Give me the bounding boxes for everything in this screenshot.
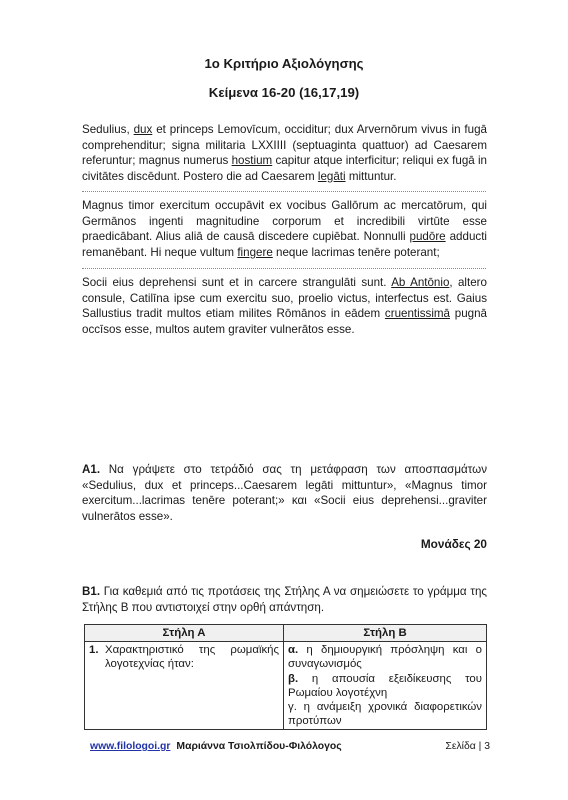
column-a-header: Στήλη Α <box>85 625 284 642</box>
page-number: Σελίδα | 3 <box>445 741 490 752</box>
statement-text: Χαρακτηριστικό της ρωμαϊκής λογοτεχνίας … <box>105 643 279 671</box>
latin-passage-2: Magnus timor exercitum occupāvit ex voci… <box>82 198 487 260</box>
column-a-cell: 1. Χαρακτηριστικό της ρωμαϊκής λογοτεχνί… <box>85 642 284 730</box>
statement-number: 1. <box>89 643 105 671</box>
question-a1-label: A1. <box>82 463 100 476</box>
author-name: Μαριάννα Τσιολπίδου-Φιλόλογος <box>176 741 341 752</box>
passage-text: neque lacrimas tenēre poterant; <box>273 246 440 259</box>
column-b-cell: α. η δημιουργική πρόσληψη και ο συναγωνι… <box>284 642 487 730</box>
underlined-term: fingere <box>237 246 272 259</box>
table-row: 1. Χαρακτηριστικό της ρωμαϊκής λογοτεχνί… <box>85 642 487 730</box>
latin-passage-1: Sedulius, dux et princeps Lemovīcum, occ… <box>82 122 487 184</box>
passage-text: mittuntur. <box>346 170 397 183</box>
question-a1: A1. Να γράψετε στο τετράδιό σας τη μετάφ… <box>82 462 487 524</box>
dotted-separator <box>82 268 486 269</box>
underlined-term: hostium <box>232 154 273 167</box>
option-beta: β. η απουσία εξειδίκευσης του Ρωμαίου λο… <box>288 672 482 700</box>
question-b1-label: B1. <box>82 585 100 598</box>
document-page: 1ο Κριτήριο Αξιολόγησης Κείμενα 16-20 (1… <box>0 0 568 800</box>
underlined-term: dux <box>134 123 153 136</box>
website-link[interactable]: www.filologoi.gr <box>90 741 170 752</box>
question-b1-text: Για καθεμιά από τις προτάσεις της Στήλης… <box>82 585 487 614</box>
underlined-term: cruentissimā <box>385 307 450 320</box>
underlined-term: Ab Antōnio <box>391 276 449 289</box>
underlined-term: pudōre <box>410 230 446 243</box>
passage-text: Sedulius, <box>82 123 134 136</box>
matching-table: Στήλη Α Στήλη Β 1. Χαρακτηριστικό της ρω… <box>84 624 487 730</box>
document-title: 1ο Κριτήριο Αξιολόγησης <box>0 56 568 71</box>
underlined-term: legāti <box>318 170 346 183</box>
page-footer: www.filologoi.gr Μαριάννα Τσιολπίδου-Φιλ… <box>90 741 490 752</box>
option-gamma: γ. η ανάμειξη χρονικά διαφορετικών προτύ… <box>288 700 482 728</box>
column-b-header: Στήλη Β <box>284 625 487 642</box>
document-subtitle: Κείμενα 16-20 (16,17,19) <box>0 85 568 100</box>
latin-passage-3: Socii eius deprehensi sunt et in carcere… <box>82 275 487 337</box>
question-a1-marks: Μονάδες 20 <box>82 537 487 551</box>
question-a1-text: Να γράψετε στο τετράδιό σας τη μετάφραση… <box>82 463 487 523</box>
passage-text: Socii eius deprehensi sunt et in carcere… <box>82 276 391 289</box>
option-alpha: α. η δημιουργική πρόσληψη και ο συναγωνι… <box>288 643 482 671</box>
dotted-separator <box>82 191 486 192</box>
question-b1: B1. Για καθεμιά από τις προτάσεις της Στ… <box>82 584 487 615</box>
